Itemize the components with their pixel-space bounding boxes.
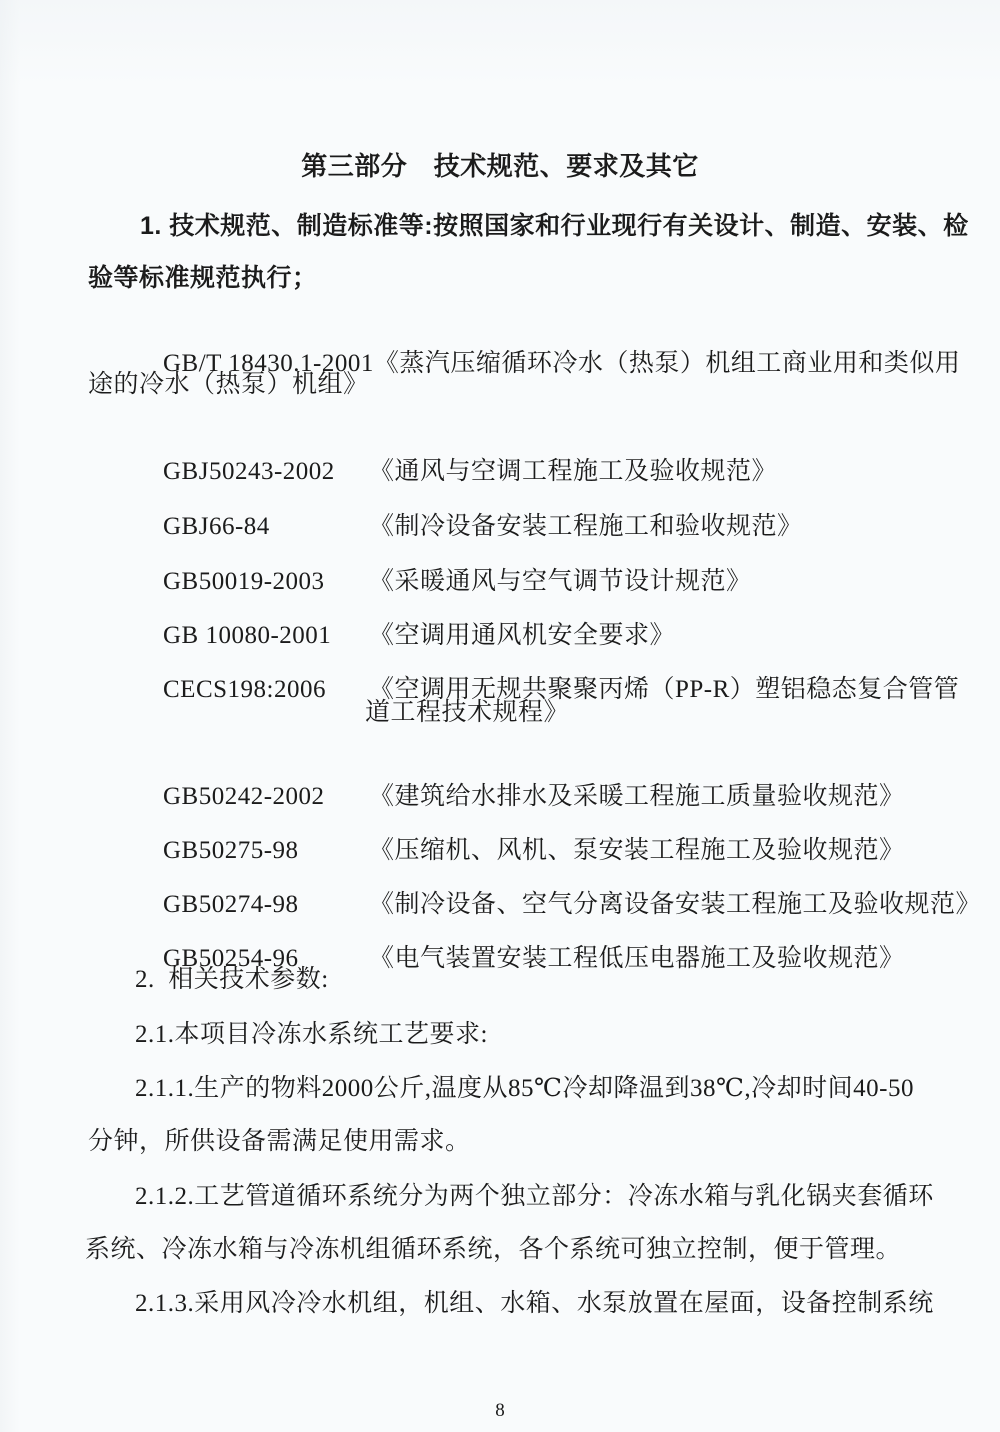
section-2-heading: 2. 相关技术参数: <box>135 965 329 995</box>
section-2-1-1-line-1: 2.1.1.生产的物料2000公斤,温度从85℃冷却降温到38℃,冷却时间40-… <box>135 1074 914 1104</box>
document-title: 第三部分 技术规范、要求及其它 <box>0 151 1000 181</box>
document-page: 第三部分 技术规范、要求及其它 1. 技术规范、制造标准等:按照国家和行业现行有… <box>0 0 1000 1432</box>
standard-code: CECS198:2006 <box>163 675 369 705</box>
section-2-1-2-line-1: 2.1.2.工艺管道循环系统分为两个独立部分：冷冻水箱与乳化锅夹套循环 <box>135 1182 934 1212</box>
page-number: 8 <box>0 1400 1000 1422</box>
section-2-1-1-line-2: 分钟，所供设备需满足使用需求。 <box>88 1127 471 1157</box>
intro-line-1: 1. 技术规范、制造标准等:按照国家和行业现行有关设计、制造、安装、检 <box>140 211 969 241</box>
standard-title: 《制冷设备安装工程施工和验收规范》 <box>369 513 803 540</box>
section-2-1-2-line-2: 系统、冷冻水箱与冷冻机组循环系统，各个系统可独立控制，便于管理。 <box>85 1235 901 1265</box>
standard-continuation-1: 途的冷水（热泵）机组》 <box>88 370 369 400</box>
standard-title: 《蒸汽压缩循环冷水（热泵）机组工商业用和类似用 <box>374 350 961 377</box>
section-2-1-heading: 2.1.本项目冷冻水系统工艺要求: <box>135 1020 488 1050</box>
section-2-1-3-line-1: 2.1.3.采用风冷冷水机组，机组、水箱、水泵放置在屋面，设备控制系统 <box>135 1289 934 1319</box>
standard-title: 《电气装置安装工程低压电器施工及验收规范》 <box>369 945 905 972</box>
intro-line-2: 验等标准规范执行； <box>88 263 318 293</box>
standard-title: 《通风与空调工程施工及验收规范》 <box>369 458 777 485</box>
standard-continuation-2: 道工程技术规程》 <box>365 698 569 728</box>
